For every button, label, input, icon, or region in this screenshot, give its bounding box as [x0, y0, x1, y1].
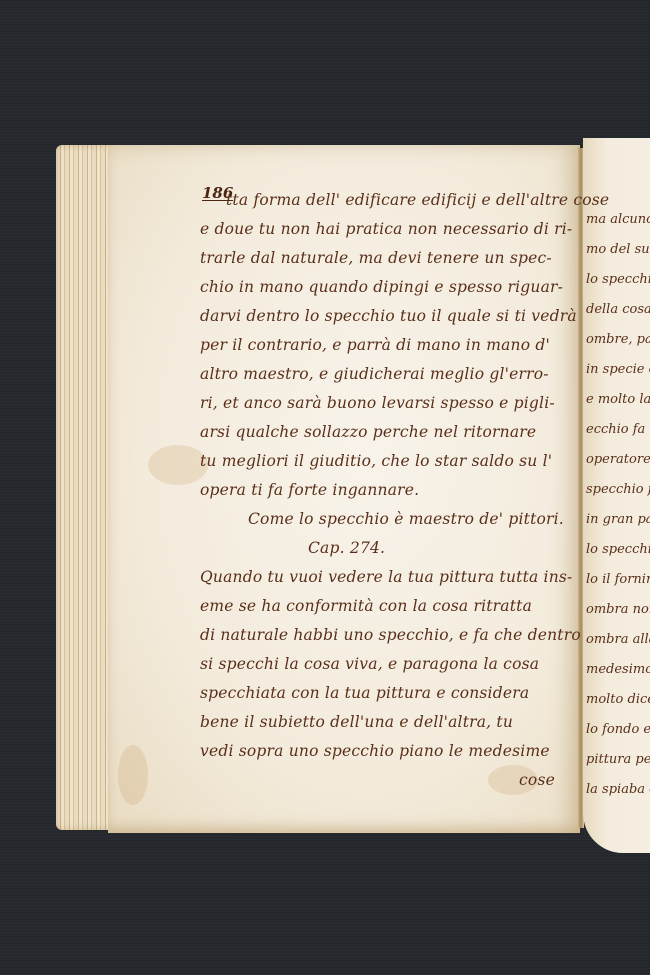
manuscript-line: Quando tu vuoi vedere la tua pittura tut… [200, 563, 575, 592]
manuscript-line: ri, et anco sarà buono levarsi spesso e … [200, 389, 575, 418]
manuscript-fragment: in gran parte [586, 505, 650, 535]
manuscript-fragment: medesimo si [586, 655, 650, 685]
manuscript-line: arsi qualche sollazzo perche nel ritorna… [200, 418, 575, 447]
manuscript-line: trarle dal naturale, ma devi tenere un s… [200, 244, 575, 273]
manuscript-fragment: della cosa c [586, 295, 650, 325]
manuscript-line: chio in mano quando dipingi e spesso rig… [200, 273, 575, 302]
manuscript-fragment: ecchio fa il [586, 415, 650, 445]
manuscript-line: eme se ha conformità con la cosa ritratt… [200, 592, 575, 621]
manuscript-line: si specchi la cosa viva, e paragona la c… [200, 650, 575, 679]
manuscript-line: per il contrario, e parrà di mano in man… [200, 331, 575, 360]
foxing-stain [118, 745, 148, 805]
manuscript-line: e doue tu non hai pratica non necessario… [200, 215, 575, 244]
manuscript-fragment: pittura perche [586, 745, 650, 775]
manuscript-line: specchiata con la tua pittura e consider… [200, 679, 575, 708]
manuscript-fragment: la spiaba e sua [586, 775, 650, 805]
manuscript-fragment: ombra alla pit [586, 625, 650, 655]
manuscript-line: tta forma dell' edificare edificij e del… [200, 186, 575, 215]
manuscript-fragment: molto dice già [586, 685, 650, 715]
manuscript-fragment: lo specchio. S [586, 535, 650, 565]
manuscript-fragment: in specie cosi [586, 355, 650, 385]
manuscript-fragment: mo del suo fi [586, 235, 650, 265]
manuscript-line: di naturale habbi uno specchio, e fa che… [200, 621, 575, 650]
catchword: cose [200, 766, 575, 795]
foxing-stain [148, 445, 208, 485]
manuscript-fragment: ombre, pare [586, 325, 650, 355]
chapter-number: Cap. 274. [200, 534, 575, 563]
manuscript-line: vedi sopra uno specchio piano le medesim… [200, 737, 575, 766]
manuscript-line: altro maestro, e giudicherai meglio gl'e… [200, 360, 575, 389]
manuscript-line: tu megliori il giuditio, che lo star sal… [200, 447, 575, 476]
manuscript-line: bene il subietto dell'una e dell'altra, … [200, 708, 575, 737]
manuscript-line: darvi dentro lo specchio tuo il quale si… [200, 302, 575, 331]
book-photo: 186 tta forma dell' edificare edificij e… [0, 0, 650, 975]
manuscript-fragment: operatore che quel [586, 445, 650, 475]
book-page-edges [56, 145, 114, 830]
manuscript-fragment: e molto la fi [586, 385, 650, 415]
manuscript-line: opera ti fa forte ingannare. [200, 476, 575, 505]
manuscript-fragment: lo specchio è [586, 265, 650, 295]
chapter-heading: Come lo specchio è maestro de' pittori. [200, 505, 575, 534]
right-page-text: ma alcuno ve lo mo del suo fi lo specchi… [586, 205, 650, 805]
manuscript-fragment: ma alcuno ve lo [586, 205, 650, 235]
manuscript-fragment: lo fondo e do [586, 715, 650, 745]
manuscript-fragment: ombra non ha [586, 595, 650, 625]
left-page-text: tta forma dell' edificare edificij e del… [200, 186, 575, 795]
manuscript-fragment: lo il fornir [586, 565, 650, 595]
manuscript-fragment: specchio fondo [586, 475, 650, 505]
